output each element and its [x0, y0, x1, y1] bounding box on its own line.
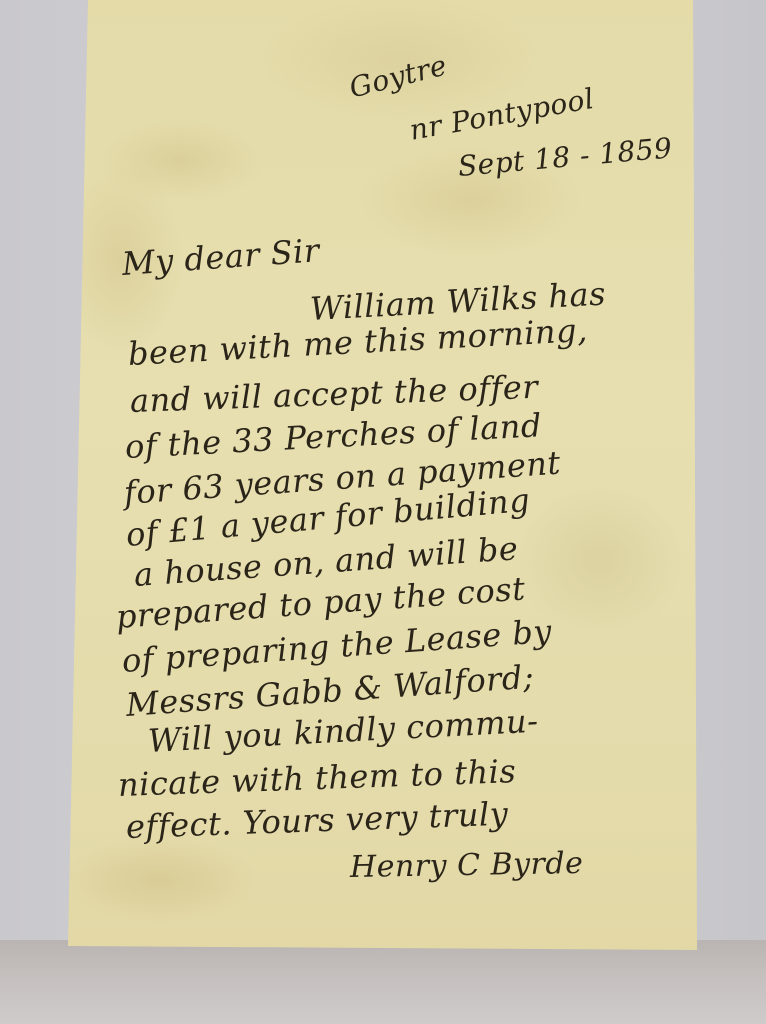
backdrop-shadow	[0, 940, 766, 1024]
letter-signature: Henry C Byrde	[350, 846, 584, 885]
